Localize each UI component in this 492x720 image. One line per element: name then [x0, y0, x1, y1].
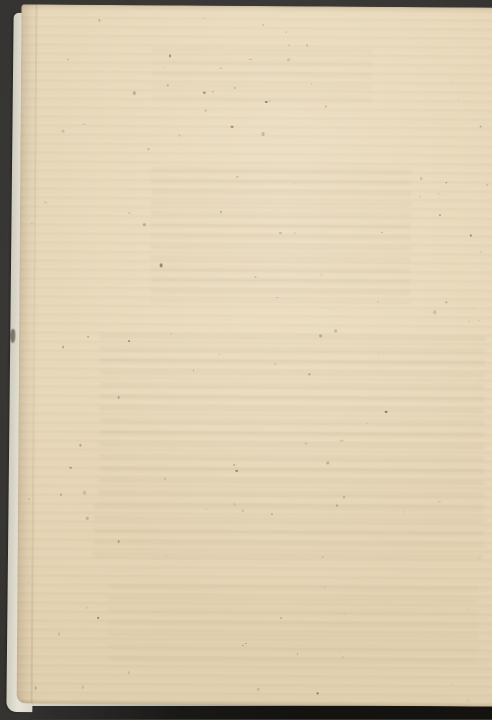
- paper-speck: [419, 196, 421, 197]
- paper-speck: [233, 464, 234, 466]
- paper-speck: [279, 232, 282, 234]
- paper-speck: [79, 444, 81, 446]
- paper-speck: [205, 508, 206, 510]
- paper-speck: [439, 214, 441, 216]
- paper-speck: [257, 688, 260, 691]
- paper-speck: [479, 558, 480, 559]
- paper-speck: [170, 333, 173, 335]
- paper-speck: [154, 211, 155, 212]
- paper-speck: [60, 494, 63, 496]
- ink-showthrough-region: [108, 584, 479, 667]
- paper-speck: [470, 234, 472, 236]
- paper-speck: [451, 82, 452, 83]
- paper-speck: [62, 129, 65, 132]
- paper-speck: [203, 92, 206, 94]
- paper-speck: [262, 132, 264, 135]
- paper-speck: [134, 454, 135, 455]
- paper-speck: [148, 148, 149, 150]
- paper-speck: [306, 45, 308, 46]
- paper-speck: [87, 336, 89, 338]
- paper-speck: [203, 18, 205, 19]
- paper-speck: [234, 87, 236, 89]
- paper-speck: [479, 319, 481, 321]
- paper-speck: [44, 201, 47, 203]
- paper-speck: [178, 134, 180, 136]
- paper-speck: [325, 105, 327, 107]
- paper-speck: [339, 651, 340, 652]
- paper-speck: [28, 582, 29, 583]
- paper-speck: [320, 273, 322, 275]
- ink-showthrough-layer: [21, 4, 492, 7]
- paper-speck: [34, 686, 36, 689]
- paper-speck: [60, 663, 61, 664]
- paper-speck: [249, 59, 252, 61]
- paper-speck: [160, 263, 163, 267]
- paper-speck: [274, 363, 276, 365]
- paper-speck: [438, 193, 439, 195]
- paper-speck: [86, 607, 88, 609]
- ink-showthrough-region: [94, 504, 484, 567]
- paper-speck: [220, 67, 222, 69]
- paper-speck: [343, 613, 345, 615]
- paper-speck: [242, 645, 244, 647]
- paper-speck: [163, 68, 165, 69]
- paper-speck: [62, 346, 64, 348]
- paper-speck: [165, 555, 166, 556]
- blank-book-page: [17, 4, 492, 706]
- paper-speck: [31, 223, 33, 225]
- paper-speck: [128, 671, 130, 674]
- ink-showthrough-region: [99, 334, 485, 507]
- paper-speck: [457, 99, 458, 100]
- paper-speck: [169, 54, 171, 57]
- paper-speck: [58, 633, 60, 635]
- paper-speck: [341, 440, 343, 442]
- paper-speck: [468, 608, 469, 610]
- paper-speck: [297, 654, 298, 655]
- paper-speck: [220, 211, 222, 213]
- paper-speck: [231, 126, 234, 128]
- paper-speck: [378, 354, 379, 355]
- paper-speck: [325, 587, 326, 588]
- paper-speck: [276, 297, 278, 299]
- paper-speck: [117, 396, 119, 399]
- paper-speck: [86, 517, 89, 520]
- paper-speck: [294, 183, 295, 184]
- paper-speck: [327, 461, 329, 464]
- paper-speck: [486, 184, 488, 186]
- paper-speck: [285, 31, 287, 33]
- paper-speck: [317, 692, 319, 694]
- paper-speck: [143, 223, 145, 226]
- paper-speck: [336, 505, 338, 507]
- paper-speck: [133, 92, 136, 96]
- paper-speck: [164, 478, 165, 479]
- paper-edge-blemish: [10, 329, 15, 343]
- paper-speck: [219, 353, 220, 355]
- paper-speck: [67, 59, 69, 61]
- paper-speck: [311, 83, 312, 84]
- paper-speck: [128, 212, 130, 214]
- paper-specks-layer: [21, 4, 492, 7]
- paper-speck: [97, 617, 99, 619]
- paper-speck: [204, 596, 205, 598]
- paper-speck: [420, 177, 422, 179]
- paper-speck: [212, 91, 214, 93]
- paper-speck: [381, 232, 383, 234]
- paper-speck: [255, 276, 257, 278]
- paper-speck: [69, 467, 72, 469]
- paper-speck: [288, 44, 290, 46]
- paper-speck: [245, 643, 246, 644]
- paper-speck: [466, 699, 469, 701]
- paper-speck: [334, 329, 337, 332]
- paper-speck: [385, 411, 388, 413]
- paper-speck: [205, 109, 207, 111]
- paper-speck: [271, 513, 272, 515]
- paper-speck: [308, 373, 311, 375]
- paper-speck: [377, 301, 378, 303]
- paper-speck: [446, 301, 448, 303]
- paper-speck: [433, 311, 436, 314]
- paper-speck: [343, 496, 346, 499]
- paper-speck: [98, 19, 101, 22]
- paper-speck: [472, 307, 474, 309]
- paper-speck: [235, 470, 238, 472]
- paper-speck: [269, 100, 271, 102]
- paper-speck: [128, 340, 130, 342]
- paper-speck: [83, 123, 85, 125]
- paper-speck: [339, 439, 342, 442]
- paper-speck: [118, 540, 120, 543]
- book-bottom-shadow: [30, 706, 492, 719]
- paper-speck: [265, 101, 268, 103]
- paper-speck: [193, 370, 194, 371]
- paper-speck: [167, 85, 169, 86]
- paper-speck: [236, 176, 238, 178]
- scan-backdrop: [0, 0, 492, 720]
- paper-speck: [233, 503, 236, 506]
- paper-speck: [280, 617, 282, 619]
- paper-speck: [305, 442, 307, 444]
- paper-speck: [445, 182, 447, 183]
- paper-speck: [341, 656, 344, 658]
- ink-showthrough-region: [150, 167, 411, 304]
- paper-speck: [287, 58, 290, 61]
- ink-showthrough-region: [152, 47, 372, 104]
- paper-speck: [82, 686, 84, 688]
- paper-speck: [83, 491, 86, 495]
- paper-speck: [480, 252, 482, 253]
- paper-speck: [367, 423, 368, 424]
- paper-speck: [242, 510, 244, 512]
- paper-speck: [294, 232, 296, 234]
- paper-speck: [403, 511, 405, 513]
- paper-speck: [322, 556, 324, 558]
- paper-speck: [262, 24, 264, 26]
- paper-speck: [319, 335, 322, 337]
- paper-speck: [438, 501, 440, 502]
- paper-speck: [468, 321, 470, 323]
- paper-speck: [451, 684, 453, 686]
- scanned-document-view: { "scan": { "page_visible_text": "", "co…: [0, 0, 492, 720]
- paper-speck: [28, 498, 29, 499]
- paper-speck: [480, 126, 482, 128]
